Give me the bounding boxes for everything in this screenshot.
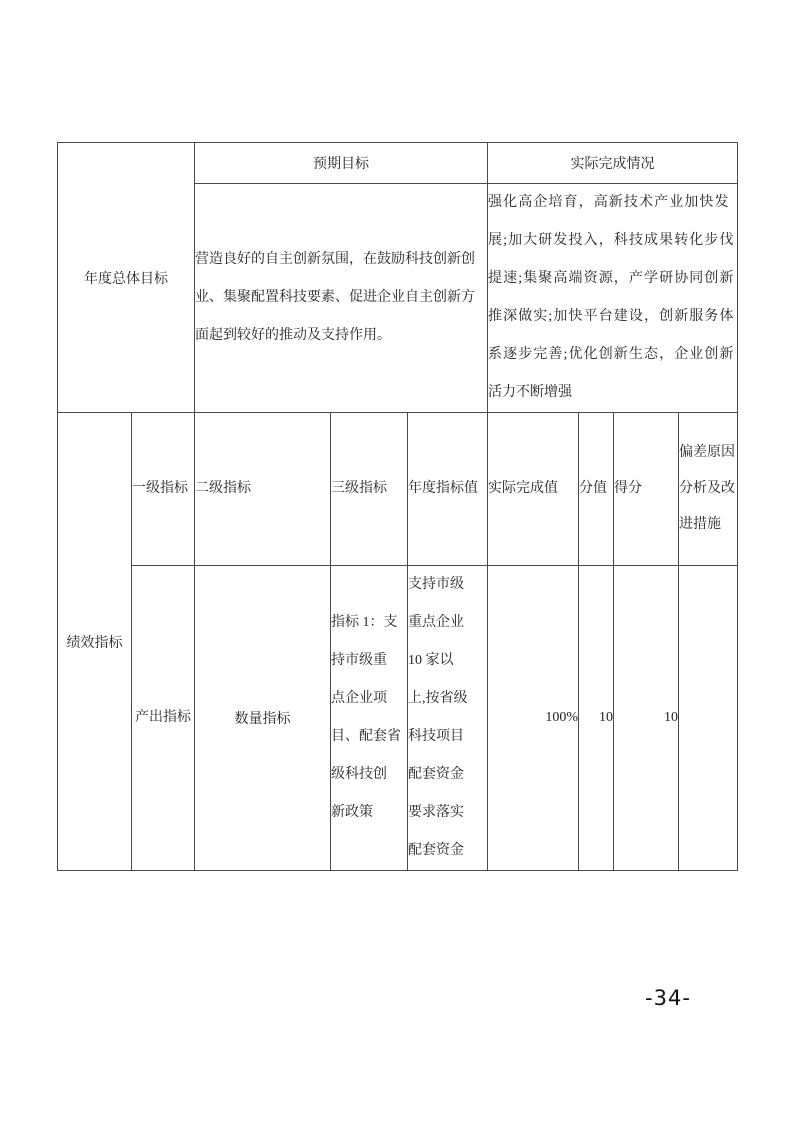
text-line: 推深做实;加快平台建设，创新服务体 <box>488 298 737 336</box>
level2-indicator-column-header: 二级指标 <box>195 413 331 566</box>
performance-indicator-row-header: 绩效指标 <box>58 413 132 871</box>
level1-indicator-column-header: 一级指标 <box>132 413 195 566</box>
text-line: 级科技创 <box>331 756 407 794</box>
text-line: 科技项目 <box>408 718 487 756</box>
text-line: 展;加大研发投入，科技成果转化步伐 <box>488 222 737 260</box>
score-cell: 10 <box>614 566 679 871</box>
level2-indicator-cell: 数量指标 <box>195 566 331 871</box>
page-number: -34- <box>598 986 738 1010</box>
performance-report-table: 年度总体目标 预期目标 实际完成情况 营造良好的自主创新氛围，在鼓励科技创新创业… <box>57 142 738 871</box>
annual-target-column-header: 年度指标值 <box>408 413 488 566</box>
text-line: 上,按省级 <box>408 680 487 718</box>
text-line: 营造良好的自主创新氛围，在鼓励科技创新创 <box>195 241 487 279</box>
overall-goal-row-header: 年度总体目标 <box>58 143 195 413</box>
text-line: 目、配套省 <box>331 718 407 756</box>
text-line: 新政策 <box>331 794 407 832</box>
level1-indicator-cell: 产出指标 <box>132 566 195 871</box>
score-column-header: 得分 <box>614 413 679 566</box>
expected-goal-column-header: 预期目标 <box>195 143 488 184</box>
text-line: 活力不断增强 <box>488 374 737 412</box>
level3-indicator-column-header: 三级指标 <box>331 413 408 566</box>
text-line: 配套资金 <box>408 832 487 870</box>
actual-completion-column-header: 实际完成情况 <box>488 143 738 184</box>
text-line: 业、集聚配置科技要素、促进企业自主创新方 <box>195 279 487 317</box>
text-line: 10 家以 <box>408 642 487 680</box>
points-cell: 10 <box>579 566 614 871</box>
text-line: 指标 1：支 <box>331 604 407 642</box>
expected-goal-text: 营造良好的自主创新氛围，在鼓励科技创新创业、集聚配置科技要素、促进企业自主创新方… <box>195 184 488 413</box>
level3-indicator-cell: 指标 1：支持市级重点企业项目、配套省级科技创新政策 <box>331 566 408 871</box>
annual-target-cell: 支持市级重点企业10 家以上,按省级科技项目配套资金要求落实配套资金 <box>408 566 488 871</box>
text-line: 系逐步完善;优化创新生态，企业创新 <box>488 336 737 374</box>
document-page: 年度总体目标 预期目标 实际完成情况 营造良好的自主创新氛围，在鼓励科技创新创业… <box>0 0 793 1122</box>
text-line: 支持市级 <box>408 566 487 604</box>
text-line: 持市级重 <box>331 642 407 680</box>
deviation-cell <box>679 566 738 871</box>
actual-value-cell: 100% <box>488 566 579 871</box>
points-column-header: 分值 <box>579 413 614 566</box>
text-line: 重点企业 <box>408 604 487 642</box>
text-line: 要求落实 <box>408 794 487 832</box>
text-line: 提速;集聚高端资源，产学研协同创新 <box>488 260 737 298</box>
actual-completion-text: 强化高企培育，高新技术产业加快发展;加大研发投入，科技成果转化步伐提速;集聚高端… <box>488 184 738 413</box>
actual-value-column-header: 实际完成值 <box>488 413 579 566</box>
text-line: 点企业项 <box>331 680 407 718</box>
text-line: 配套资金 <box>408 756 487 794</box>
text-line: 强化高企培育，高新技术产业加快发 <box>488 184 737 222</box>
deviation-column-header: 偏差原因分析及改进措施 <box>679 413 738 566</box>
text-line: 面起到较好的推动及支持作用。 <box>195 317 487 355</box>
